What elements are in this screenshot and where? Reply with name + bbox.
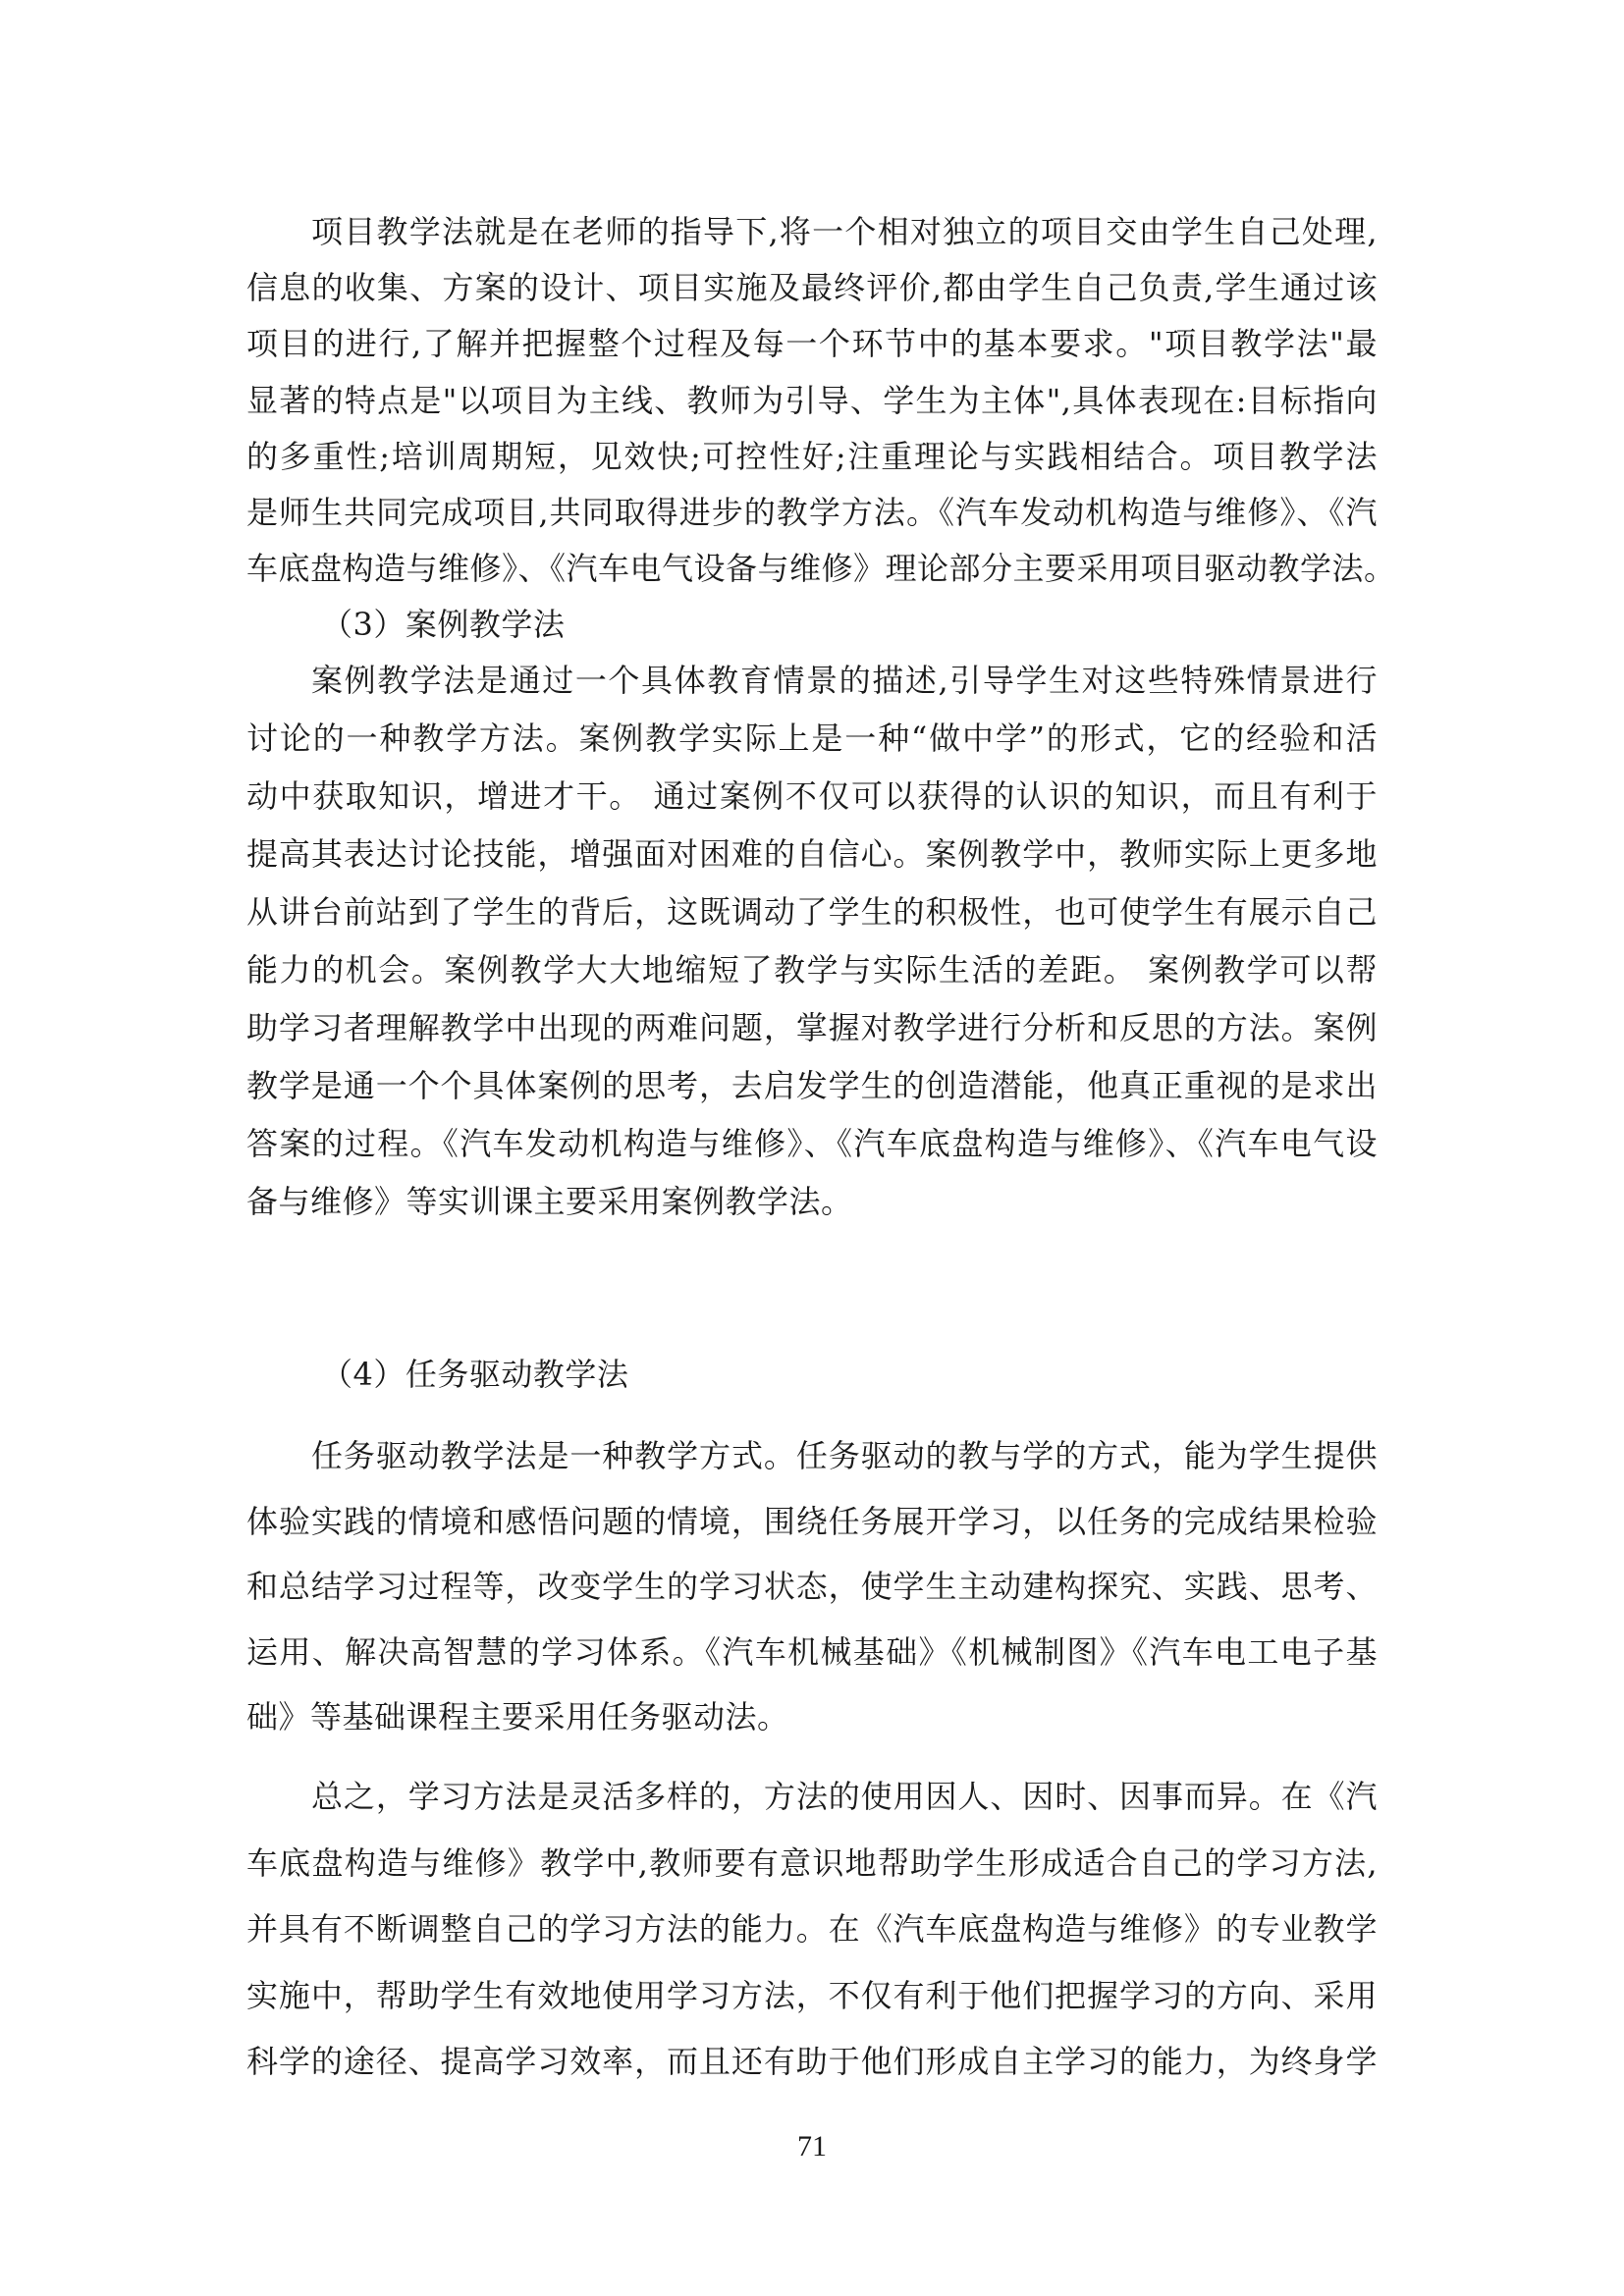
text-line: 体验实践的情境和感悟问题的情境，围绕任务展开学习，以任务的完成结果检验	[246, 1489, 1378, 1555]
text-line: 能力的机会。案例教学大大地缩短了教学与实际生活的差距。 案例教学可以帮	[246, 941, 1378, 999]
text-line: 和总结学习过程等，改变学生的学习状态，使学生主动建构探究、实践、思考、	[246, 1554, 1378, 1620]
text-line: 讨论的一种教学方法。案例教学实际上是一种“做中学”的形式，它的经验和活	[246, 710, 1378, 768]
text-line: 运用、解决高智慧的学习体系。《汽车机械基础》《机械制图》《汽车电工电子基	[246, 1620, 1378, 1685]
heading-text: （3）案例教学法	[246, 597, 1378, 653]
text-line: 提高其表达讨论技能，增强面对困难的自信心。案例教学中，教师实际上更多地	[246, 826, 1378, 883]
text-line: 车底盘构造与维修》、《汽车电气设备与维修》理论部分主要采用项目驱动教学法。	[246, 541, 1378, 597]
text-line: 车底盘构造与维修》教学中,教师要有意识地帮助学生形成适合自己的学习方法,	[246, 1831, 1378, 1897]
text-line: 科学的途径、提高学习效率，而且还有助于他们形成自主学习的能力，为终身学	[246, 2029, 1378, 2096]
text-line: 项目的进行,了解并把握整个过程及每一个环节中的基本要求。"项目教学法"最	[246, 316, 1378, 372]
text-line: 是师生共同完成项目,共同取得进步的教学方法。《汽车发动机构造与维修》、《汽	[246, 485, 1378, 541]
text-line: 总之，学习方法是灵活多样的，方法的使用因人、因时、因事而异。在《汽	[246, 1764, 1378, 1831]
text-line: 备与维修》等实训课主要采用案例教学法。	[246, 1173, 1378, 1231]
text-line: 实施中，帮助学生有效地使用学习方法，不仅有利于他们把握学习的方向、采用	[246, 1963, 1378, 2030]
text-line: 从讲台前站到了学生的背后，这既调动了学生的积极性，也可使学生有展示自己	[246, 883, 1378, 941]
text-line: 并具有不断调整自己的学习方法的能力。在《汽车底盘构造与维修》的专业教学	[246, 1896, 1378, 1963]
text-line: 动中获取知识，增进才干。 通过案例不仅可以获得的认识的知识，而且有利于	[246, 768, 1378, 826]
text-line: 答案的过程。《汽车发动机构造与维修》、《汽车底盘构造与维修》、《汽车电气设	[246, 1115, 1378, 1173]
paragraph-project-teaching-method: 项目教学法就是在老师的指导下,将一个相对独立的项目交由学生自己处理, 信息的收集…	[246, 204, 1378, 597]
text-line: 案例教学法是通过一个具体教育情景的描述,引导学生对这些特殊情景进行	[246, 652, 1378, 710]
heading-text: （4）任务驱动教学法	[246, 1347, 1378, 1403]
text-line: 教学是通一个个具体案例的思考，去启发学生的创造潜能，他真正重视的是求出	[246, 1057, 1378, 1115]
page-number: 71	[0, 2130, 1624, 2163]
text-line: 的多重性;培训周期短，见效快;可控性好;注重理论与实践相结合。项目教学法	[246, 429, 1378, 485]
text-line: 助学习者理解教学中出现的两难问题，掌握对教学进行分析和反思的方法。案例	[246, 999, 1378, 1057]
text-line: 础》等基础课程主要采用任务驱动法。	[246, 1684, 1378, 1750]
paragraph-conclusion: 总之，学习方法是灵活多样的，方法的使用因人、因时、因事而异。在《汽 车底盘构造与…	[246, 1764, 1378, 2096]
text-line: 信息的收集、方案的设计、项目实施及最终评价,都由学生自己负责,学生通过该	[246, 260, 1378, 316]
paragraph-case-teaching-method: 案例教学法是通过一个具体教育情景的描述,引导学生对这些特殊情景进行 讨论的一种教…	[246, 652, 1378, 1231]
section-heading-case-teaching: （3）案例教学法	[246, 597, 1378, 653]
text-line: 任务驱动教学法是一种教学方式。任务驱动的教与学的方式，能为学生提供	[246, 1423, 1378, 1489]
text-line: 项目教学法就是在老师的指导下,将一个相对独立的项目交由学生自己处理,	[246, 204, 1378, 260]
paragraph-task-driven-method: 任务驱动教学法是一种教学方式。任务驱动的教与学的方式，能为学生提供 体验实践的情…	[246, 1423, 1378, 1750]
section-heading-task-driven: （4）任务驱动教学法	[246, 1347, 1378, 1403]
text-line: 显著的特点是"以项目为主线、教师为引导、学生为主体",具体表现在:目标指向	[246, 373, 1378, 429]
